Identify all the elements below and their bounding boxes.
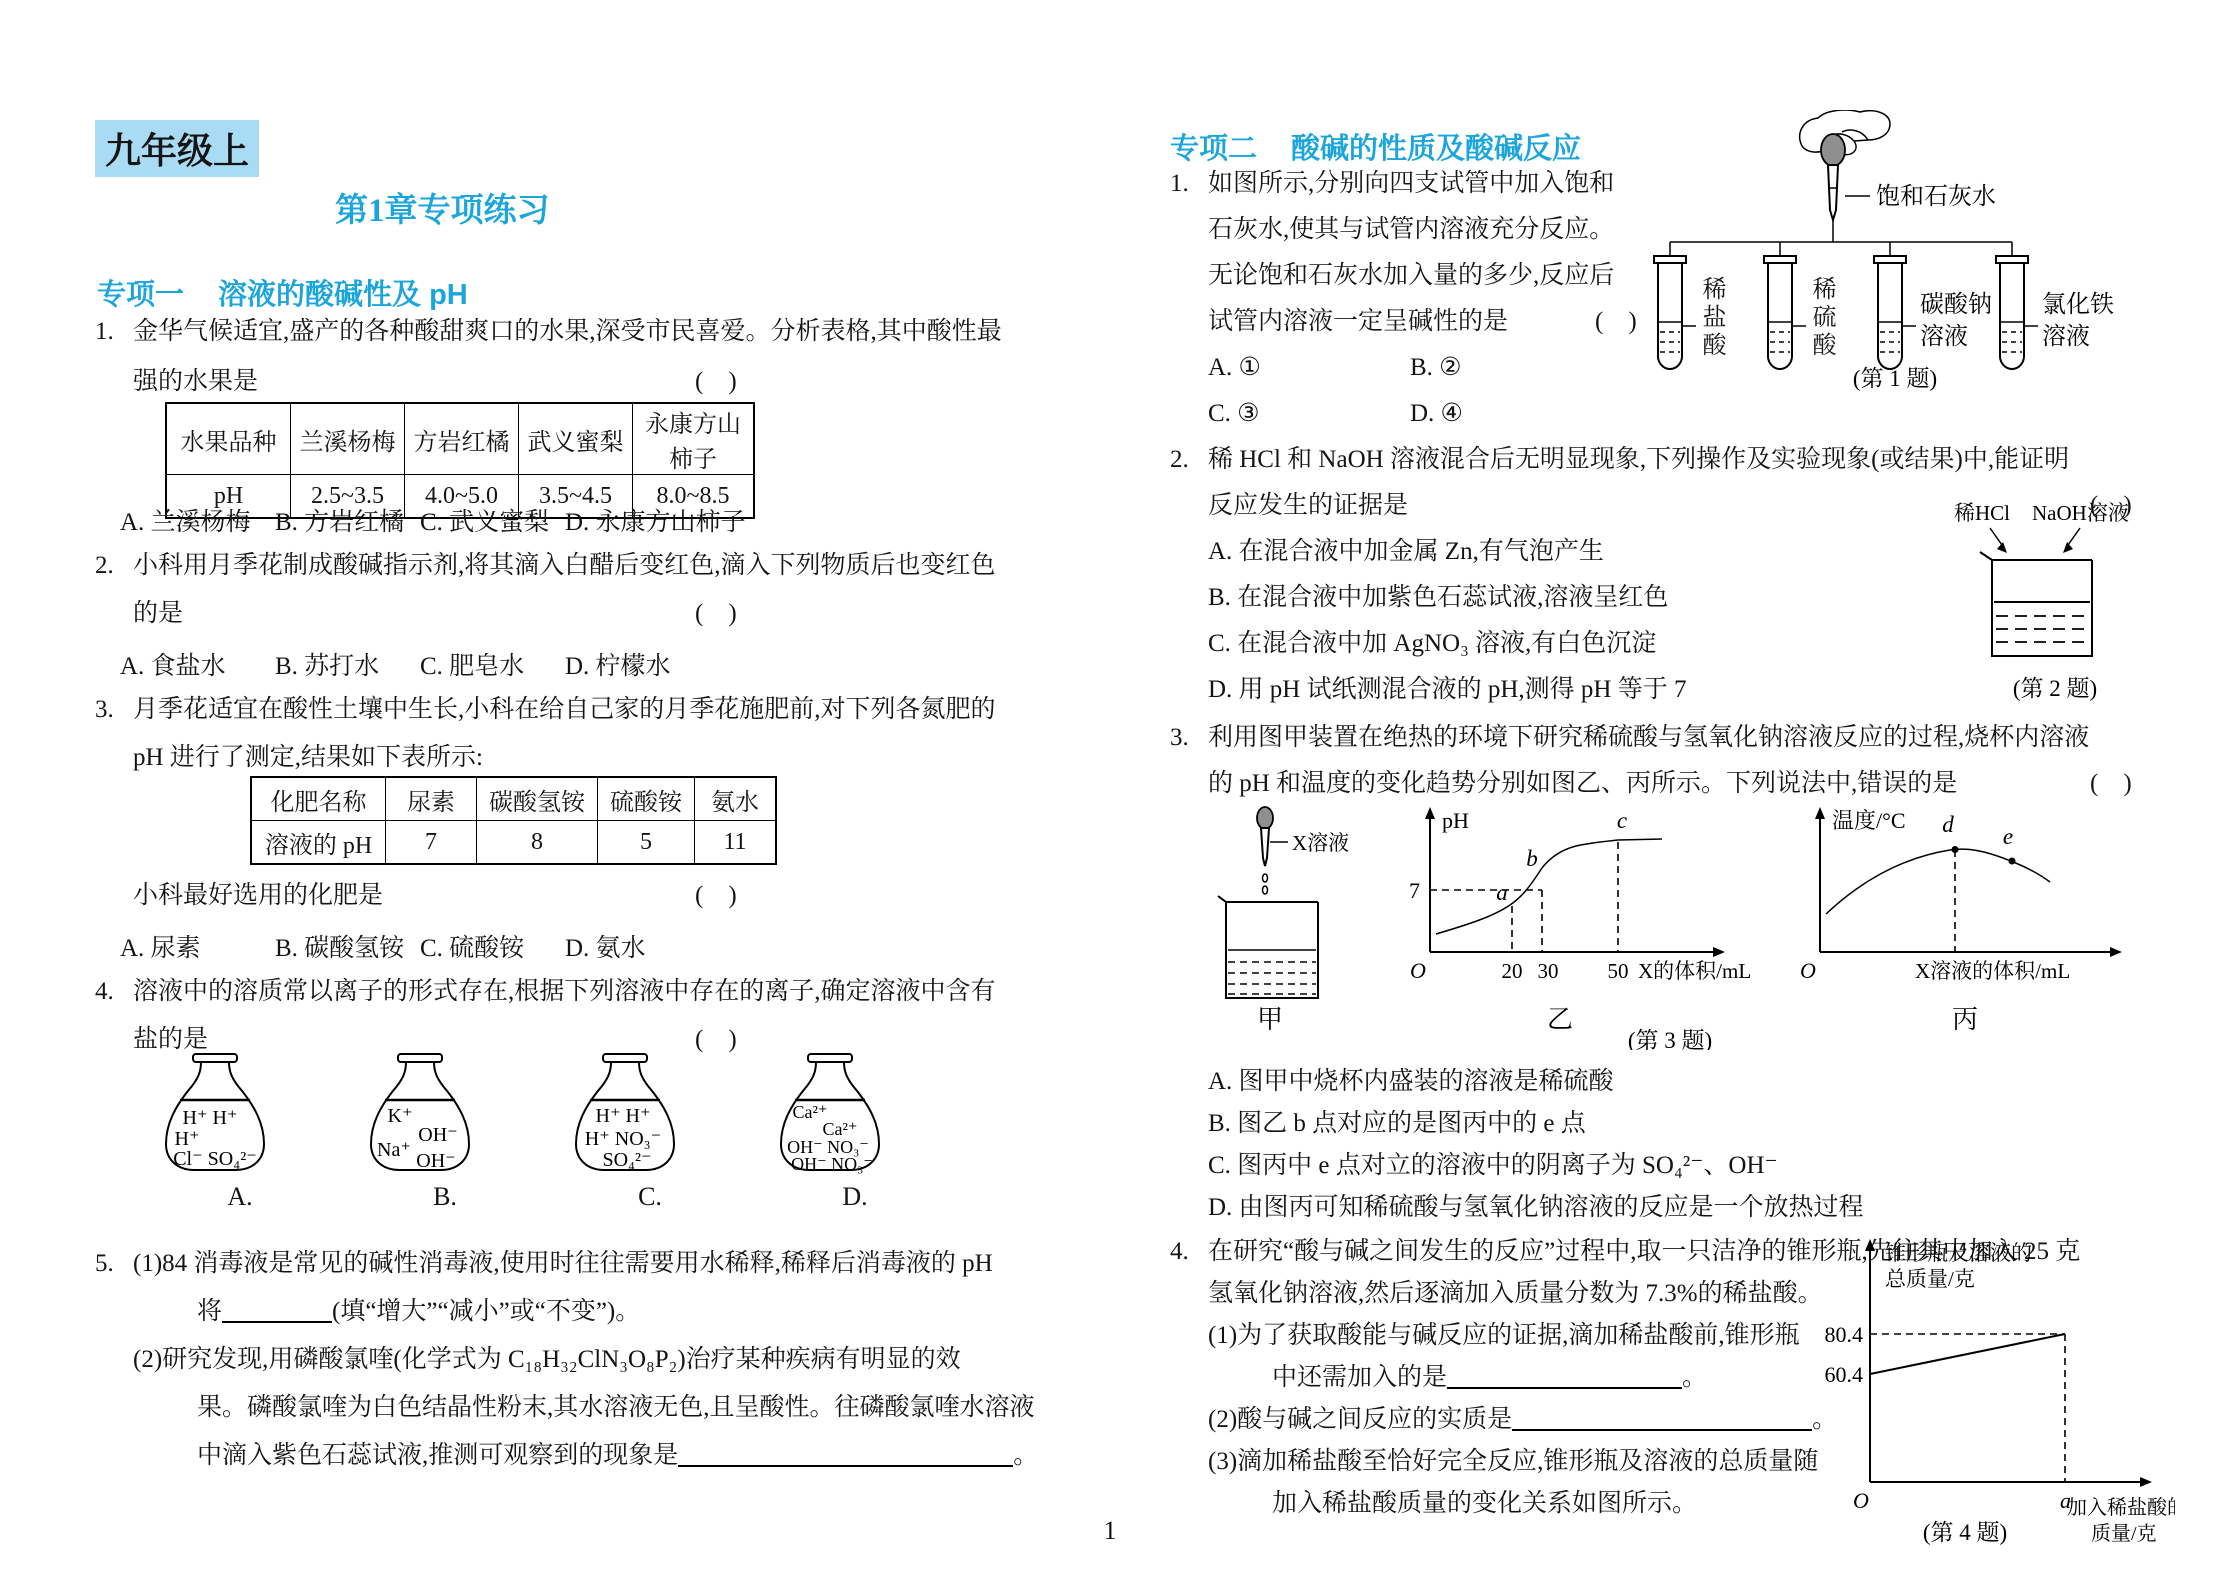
- figure-caption: (第 2 题): [2013, 676, 2097, 701]
- table-cell: 碳酸氢铵: [477, 777, 598, 821]
- erlenmeyer-flask-icon: K⁺ OH⁻ Na⁺ OH⁻: [360, 1052, 480, 1180]
- table-row: 溶液的 pH 7 8 5 11: [251, 821, 776, 865]
- figure-q4-mass-graph: 锥形瓶及溶液的 总质量/克 80.4 60.4 O a 加入稀盐酸的 质量/克 …: [1815, 1230, 2175, 1548]
- q1-options: A. 兰溪杨梅B. 方岩红橘C. 武义蜜梨D. 永康方山柿子: [120, 502, 746, 538]
- section-1-heading: 专项一溶液的酸碱性及 pH: [97, 272, 468, 313]
- figure-q2-beaker: 稀HCl NaOH溶液 (第 2 题): [1940, 498, 2145, 703]
- r-q1-line3: 无论饱和石灰水加入量的多少,反应后: [1208, 260, 1614, 292]
- droplet-icon: [1263, 874, 1268, 894]
- point-c: c: [1617, 808, 1627, 833]
- svg-text:H⁺ NO₃⁻: H⁺ NO₃⁻: [585, 1128, 661, 1150]
- table-cell: 水果品种: [166, 403, 291, 475]
- origin: O: [1853, 1488, 1869, 1513]
- tube4-label-line2: 溶液: [2042, 323, 2090, 350]
- x-axis-label: X的体积/mL: [1638, 959, 1751, 983]
- table-cell: 武义蜜梨: [519, 403, 633, 475]
- svg-text:OH⁻ NO₃⁻: OH⁻ NO₃⁻: [791, 1154, 873, 1174]
- table-row: 化肥名称 尿素 碳酸氢铵 硫酸铵 氨水: [251, 777, 776, 821]
- tick-80-4: 80.4: [1825, 1322, 1864, 1347]
- point-e: e: [2003, 824, 2013, 849]
- table-cell: 7: [386, 821, 477, 865]
- temperature-graph: 温度/°C d e O X溶液的体积/mL 丙: [1800, 807, 2122, 1034]
- q1-answer-paren: ( ): [695, 366, 737, 398]
- r-q3-line2: 的 pH 和温度的变化趋势分别如图乙、丙所示。下列说法中,错误的是: [1208, 768, 1957, 800]
- r-q1-answer-paren: ( ): [1595, 306, 1637, 338]
- arrow-icon: [1990, 528, 2007, 553]
- right-column: 专项二酸碱的性质及酸碱反应 1.如图所示,分别向四支试管中加入饱和 石灰水,使其…: [1170, 0, 2150, 1571]
- r-q1-line1: 1.如图所示,分别向四支试管中加入饱和: [1170, 168, 1614, 200]
- fertilizer-ph-table: 化肥名称 尿素 碳酸氢铵 硫酸铵 氨水 溶液的 pH 7 8 5 11: [250, 776, 777, 865]
- svg-text:H⁺ H⁺: H⁺ H⁺: [596, 1105, 651, 1127]
- r-q1-option-d: D. ④: [1410, 398, 1463, 430]
- r-q2-option-c: C. 在混合液中加 AgNO₃ 溶液,有白色沉淀: [1208, 628, 1656, 660]
- q5-part2-line3: 中滴入紫色石蕊试液,推测可观察到的现象是。: [197, 1440, 1038, 1472]
- r-q4-line2: 氢氧化钠溶液,然后逐滴加入质量分数为 7.3%的稀盐酸。: [1208, 1278, 1823, 1310]
- y-axis-label: pH: [1442, 808, 1469, 833]
- tube3-label-line2: 溶液: [1920, 323, 1968, 350]
- y-axis-label-line1: 锥形瓶及溶液的: [1885, 1241, 2032, 1265]
- y-axis-label: 温度/°C: [1832, 808, 1906, 833]
- q5-part2-line1: (2)研究发现,用磷酸氯喹(化学式为 C₁₈H₃₂ClN₃O₈P₂)治疗某种疾病…: [133, 1344, 961, 1376]
- r-q4-sub2: (2)酸与碱之间反应的实质是。: [1208, 1404, 1837, 1436]
- q5-line2: 将(填“增大”“减小”或“不变”)。: [197, 1296, 640, 1328]
- r-q2-option-b: B. 在混合液中加紫色石蕊试液,溶液呈红色: [1208, 582, 1668, 614]
- arrow-icon: [2063, 528, 2080, 553]
- svg-text:H⁺: H⁺: [175, 1128, 200, 1150]
- svg-text:Ca²⁺: Ca²⁺: [823, 1119, 858, 1139]
- left-column: 九年级上 第1章专项练习 专项一溶液的酸碱性及 pH 1.金华气候适宜,盛产的各…: [95, 0, 1065, 1571]
- q3-line2: pH 进行了测定,结果如下表所示:: [133, 742, 483, 774]
- point-a: a: [1496, 880, 1508, 905]
- point-d: d: [1942, 812, 1954, 837]
- figure-q3-graphs: X溶液 甲 pH 7: [1170, 802, 2140, 1050]
- r-q1-line2: 石灰水,使其与试管内溶液充分反应。: [1208, 214, 1614, 246]
- origin: O: [1410, 958, 1426, 983]
- test-tube-3: [1874, 256, 1916, 369]
- tick-50: 50: [1608, 959, 1629, 983]
- dropper-label: 饱和石灰水: [1876, 183, 1996, 210]
- q3-line1: 3.月季花适宜在酸性土壤中生长,小科在给自己家的月季花施肥前,对下列各氮肥的: [95, 694, 996, 726]
- table-cell: 5: [598, 821, 695, 865]
- q5-line1: 5.(1)84 消毒液是常见的碱性消毒液,使用时往往需要用水稀释,稀释后消毒液的…: [95, 1248, 993, 1280]
- erlenmeyer-flask-icon: H⁺ H⁺ H⁺ NO₃⁻ SO₄²⁻: [565, 1052, 685, 1180]
- flask-label: A.: [155, 1182, 325, 1212]
- tick-60-4: 60.4: [1825, 1362, 1864, 1387]
- svg-text:Cl⁻ SO₄²⁻: Cl⁻ SO₄²⁻: [173, 1148, 257, 1170]
- table-cell: 方岩红橘: [405, 403, 519, 475]
- table-cell: 兰溪杨梅: [291, 403, 405, 475]
- figure-caption: (第 1 题): [1853, 366, 1937, 391]
- beaker-icon: [1980, 552, 2092, 656]
- table-row: 水果品种 兰溪杨梅 方岩红橘 武义蜜梨 永康方山柿子: [166, 403, 754, 475]
- tick-30: 30: [1538, 959, 1559, 983]
- svg-text:OH⁻: OH⁻: [418, 1124, 457, 1146]
- page-number: 1: [0, 1516, 2220, 1546]
- flask-option-d: Ca²⁺ Ca²⁺ OH⁻ NO₃⁻ OH⁻ NO₃⁻ D.: [770, 1052, 940, 1212]
- r-q1-line4: 试管内溶液一定呈碱性的是: [1208, 306, 1508, 338]
- test-tube-2: [1764, 256, 1806, 369]
- table-cell: 溶液的 pH: [251, 821, 386, 865]
- table-cell: 11: [695, 821, 777, 865]
- q2-answer-paren: ( ): [695, 598, 737, 630]
- section-2-heading: 专项二酸碱的性质及酸碱反应: [1170, 126, 1581, 167]
- table-cell: 硫酸铵: [598, 777, 695, 821]
- q4-line1: 4.溶液中的溶质常以离子的形式存在,根据下列溶液中存在的离子,确定溶液中含有: [95, 976, 996, 1008]
- page-title: 第1章专项练习: [335, 184, 550, 231]
- origin: O: [1800, 958, 1816, 983]
- x-solution-label: X溶液: [1292, 831, 1349, 855]
- svg-text:SO₄²⁻: SO₄²⁻: [602, 1149, 651, 1171]
- table-cell: 化肥名称: [251, 777, 386, 821]
- dropper-icon: [1821, 134, 1845, 220]
- q2-options: A. 食盐水B. 苏打水C. 肥皂水D. 柠檬水: [120, 646, 671, 682]
- q1-line1: 1.金华气候适宜,盛产的各种酸甜爽口的水果,深受市民喜爱。分析表格,其中酸性最: [95, 316, 1002, 348]
- r-q3-line1: 3.利用图甲装置在绝热的环境下研究稀硫酸与氢氧化钠溶液反应的过程,烧杯内溶液: [1170, 722, 2089, 754]
- x-axis-label: X溶液的体积/mL: [1915, 959, 2070, 983]
- erlenmeyer-flask-icon: H⁺ H⁺ H⁺ Cl⁻ SO₄²⁻: [155, 1052, 275, 1180]
- q3-options: A. 尿素B. 碳酸氢铵C. 硫酸铵D. 氨水: [120, 928, 646, 964]
- r-q4-sub3-line1: (3)滴加稀盐酸至恰好完全反应,锥形瓶及溶液的总质量随: [1208, 1446, 1818, 1478]
- test-tube-1: [1654, 256, 1696, 369]
- answer-blank: [222, 1296, 332, 1323]
- q2-line1: 2.小科用月季花制成酸碱指示剂,将其滴入白醋后变红色,滴入下列物质后也变红色: [95, 550, 996, 582]
- r-q2-option-d: D. 用 pH 试纸测混合液的 pH,测得 pH 等于 7: [1208, 674, 1686, 706]
- r-q2-line1: 2.稀 HCl 和 NaOH 溶液混合后无明显现象,下列操作及实验现象(或结果)…: [1170, 444, 2069, 476]
- r-q3-option-b: B. 图乙 b 点对应的是图丙中的 e 点: [1208, 1108, 1586, 1140]
- tube4-label-line1: 氯化铁: [2042, 291, 2114, 318]
- q5-part2-line2: 果。磷酸氯喹为白色结晶性粉末,其水溶液无色,且呈酸性。往磷酸氯喹水溶液: [197, 1392, 1035, 1424]
- table-cell: 永康方山柿子: [633, 403, 755, 475]
- table-cell: 氨水: [695, 777, 777, 821]
- test-tube-4: [1996, 256, 2038, 369]
- ph7-tick: 7: [1409, 878, 1420, 903]
- svg-text:OH⁻: OH⁻: [416, 1150, 455, 1172]
- r-q4-sub1-line2: 中还需加入的是。: [1272, 1362, 1707, 1394]
- q2-line2: 的是: [133, 598, 183, 630]
- beaker-label-naoh: NaOH溶液: [2032, 501, 2129, 525]
- flask-label: B.: [360, 1182, 530, 1212]
- flask-label: D.: [770, 1182, 940, 1212]
- answer-blank: [1512, 1404, 1812, 1431]
- r-q2-option-a: A. 在混合液中加金属 Zn,有气泡产生: [1208, 536, 1604, 568]
- q3-line3: 小科最好选用的化肥是: [133, 880, 383, 912]
- r-q1-option-b: B. ②: [1410, 352, 1462, 384]
- answer-blank: [678, 1440, 1013, 1467]
- r-q3-answer-paren: ( ): [2090, 768, 2132, 800]
- svg-text:H⁺ H⁺: H⁺ H⁺: [183, 1107, 238, 1129]
- table-cell: 尿素: [386, 777, 477, 821]
- tick-20: 20: [1502, 959, 1523, 983]
- figure-caption: (第 3 题): [1628, 1028, 1712, 1050]
- q1-line2: 强的水果是: [133, 366, 258, 398]
- y-axis-label-line2: 总质量/克: [1885, 1267, 1975, 1291]
- r-q2-line2: 反应发生的证据是: [1208, 490, 1408, 522]
- tube2-label: 稀硫酸: [1808, 276, 1834, 360]
- r-q4-sub1-line1: (1)为了获取酸能与碱反应的证据,滴加稀盐酸前,锥形瓶: [1208, 1320, 1800, 1352]
- erlenmeyer-flask-icon: Ca²⁺ Ca²⁺ OH⁻ NO₃⁻ OH⁻ NO₃⁻: [770, 1052, 890, 1180]
- point-b: b: [1526, 846, 1538, 871]
- flask-option-c: H⁺ H⁺ H⁺ NO₃⁻ SO₄²⁻ C.: [565, 1052, 735, 1212]
- tube3-label-line1: 碳酸钠: [1920, 291, 1992, 318]
- worksheet-page: 九年级上 第1章专项练习 专项一溶液的酸碱性及 pH 1.金华气候适宜,盛产的各…: [0, 0, 2220, 1571]
- r-q3-option-c: C. 图丙中 e 点对立的溶液中的阴离子为 SO₄²⁻、OH⁻: [1208, 1150, 1778, 1182]
- r-q3-option-a: A. 图甲中烧杯内盛装的溶液是稀硫酸: [1208, 1066, 1614, 1098]
- tube1-label: 稀盐酸: [1698, 276, 1724, 360]
- ph-graph: pH 7 a b c O 20 30 50 X的体积/mL 乙: [1409, 807, 1751, 1034]
- beaker-icon: [1218, 896, 1318, 998]
- svg-text:Na⁺: Na⁺: [377, 1139, 411, 1161]
- flask-option-b: K⁺ OH⁻ Na⁺ OH⁻ B.: [360, 1052, 530, 1212]
- dropper-icon: [1257, 807, 1273, 866]
- grade-badge: 九年级上: [95, 120, 259, 177]
- answer-blank: [1447, 1362, 1682, 1389]
- beaker-label-hcl: 稀HCl: [1954, 501, 2010, 525]
- r-q1-option-a: A. ①: [1208, 352, 1261, 384]
- flask-label: C.: [565, 1182, 735, 1212]
- subfigure-label-jia: 甲: [1257, 1005, 1283, 1034]
- subfigure-label-bing: 丙: [1952, 1005, 1978, 1034]
- table-cell: 8: [477, 821, 598, 865]
- subfigure-label-yi: 乙: [1547, 1005, 1573, 1034]
- flask-option-a: H⁺ H⁺ H⁺ Cl⁻ SO₄²⁻ A.: [155, 1052, 325, 1212]
- figure-q1-test-tubes: 饱和石灰水: [1640, 110, 2135, 395]
- svg-text:K⁺: K⁺: [388, 1105, 413, 1127]
- r-q1-option-c: C. ③: [1208, 398, 1260, 430]
- q3-answer-paren: ( ): [695, 880, 737, 912]
- r-q3-option-d: D. 由图丙可知稀硫酸与氢氧化钠溶液的反应是一个放热过程: [1208, 1192, 1864, 1224]
